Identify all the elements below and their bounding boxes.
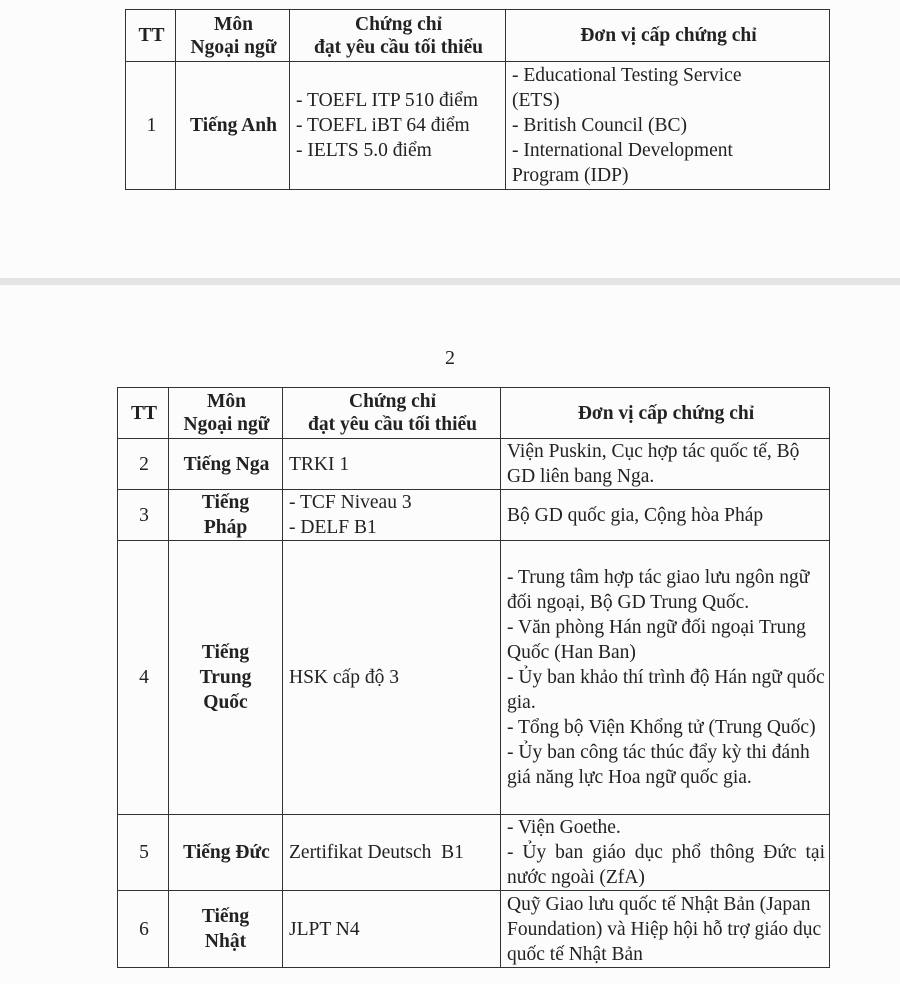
header-certificate: Chứng chỉ đạt yêu cầu tối thiểu [283,388,501,439]
header-subject-line2: Ngoại ngữ [175,413,278,436]
row-certificates: - TOEFL ITP 510 điểm - TOEFL iBT 64 điểm… [290,62,506,190]
table-header-row: TT Môn Ngoại ngữ Chứng chỉ đạt yêu cầu t… [126,10,830,62]
header-subject-line1: Môn [182,13,285,36]
header-tt-label: TT [131,403,157,424]
header-issuer-label: Đơn vị cấp chứng chỉ [580,25,756,46]
certificate-item: - TOEFL ITP 510 điểm [296,88,501,113]
header-tt: TT [118,388,169,439]
header-subject: Môn Ngoại ngữ [169,388,283,439]
page-2: 2 TT Môn Ngoại ngữ Chứng chỉ đạt yêu cầu… [0,285,900,984]
row-number: 5 [118,815,169,891]
issuer-item: Bộ GD quốc gia, Cộng hòa Pháp [507,503,825,528]
row-issuers: - Educational Testing Service (ETS) - Br… [506,62,830,190]
row-issuers: Viện Puskin, Cục hợp tác quốc tế, Bộ GD … [501,439,830,490]
row-number: 3 [118,490,169,541]
certificate-item: - IELTS 5.0 điểm [296,138,501,163]
table-row: 1 Tiếng Anh - TOEFL ITP 510 điểm - TOEFL… [126,62,830,190]
header-cert-line1: Chứng chỉ [289,390,496,413]
certificate-item: HSK cấp độ 3 [289,665,496,690]
header-issuer-label: Đơn vị cấp chứng chỉ [578,403,754,424]
header-tt: TT [126,10,176,62]
row-language: Tiếng Trung Quốc [169,541,283,815]
page-number: 2 [0,347,900,370]
row-language-label: Tiếng Trung Quốc [191,640,260,715]
certificate-item: - DELF B1 [289,515,496,540]
issuer-item: - Ủy ban giáo dục phổ thông Đức tại nước… [507,840,825,890]
certificate-item: - TCF Niveau 3 [289,490,496,515]
row-certificates: - TCF Niveau 3 - DELF B1 [283,490,501,541]
page-1-fragment: TT Môn Ngoại ngữ Chứng chỉ đạt yêu cầu t… [0,0,900,278]
header-cert-line2: đạt yêu cầu tối thiểu [289,413,496,436]
issuer-item: - Viện Goethe. [507,815,825,840]
issuer-item: - Văn phòng Hán ngữ đối ngoại Trung Quốc… [507,615,825,665]
row-language-label: Tiếng Nhật [191,904,260,954]
issuer-item: Quỹ Giao lưu quốc tế Nhật Bản (Japan Fou… [507,892,825,967]
row-certificates: TRKI 1 [283,439,501,490]
row-number: 2 [118,439,169,490]
table-row: 2 Tiếng Nga TRKI 1 Viện Puskin, Cục hợp … [118,439,830,490]
issuer-item: Viện Puskin, Cục hợp tác quốc tế, Bộ GD … [507,439,825,489]
row-certificates: HSK cấp độ 3 [283,541,501,815]
header-issuer: Đơn vị cấp chứng chỉ [501,388,830,439]
row-number: 6 [118,891,169,968]
header-subject-line2: Ngoại ngữ [182,36,285,59]
header-subject-line1: Môn [175,390,278,413]
row-language: Tiếng Đức [169,815,283,891]
row-issuers: Bộ GD quốc gia, Cộng hòa Pháp [501,490,830,541]
page-separator [0,278,900,285]
issuer-item: - Educational Testing Service (ETS) [512,63,789,113]
row-language: Tiếng Nga [169,439,283,490]
row-certificates: Zertifikat Deutsch B1 [283,815,501,891]
row-language: Tiếng Pháp [169,490,283,541]
certificate-item: Zertifikat Deutsch B1 [289,840,496,865]
issuer-item: - British Council (BC) [512,113,789,138]
issuer-item: - Ủy ban khảo thí trình độ Hán ngữ quốc … [507,665,825,715]
table-row: 5 Tiếng Đức Zertifikat Deutsch B1 - Viện… [118,815,830,891]
header-cert-line2: đạt yêu cầu tối thiểu [296,36,501,59]
issuer-item: - Ủy ban công tác thúc đẩy kỳ thi đánh g… [507,740,825,790]
row-issuers: Quỹ Giao lưu quốc tế Nhật Bản (Japan Fou… [501,891,830,968]
issuer-item: - Tổng bộ Viện Khổng tử (Trung Quốc) [507,715,825,740]
certificate-item: - TOEFL iBT 64 điểm [296,113,501,138]
table-row: 3 Tiếng Pháp - TCF Niveau 3 - DELF B1 Bộ… [118,490,830,541]
row-number: 4 [118,541,169,815]
header-certificate: Chứng chỉ đạt yêu cầu tối thiểu [290,10,506,62]
row-language: Tiếng Anh [176,62,290,190]
issuer-item: - International Development Program (IDP… [512,138,789,188]
row-issuers: - Viện Goethe. - Ủy ban giáo dục phổ thô… [501,815,830,891]
certificate-item: JLPT N4 [289,917,496,942]
row-language: Tiếng Nhật [169,891,283,968]
row-certificates: JLPT N4 [283,891,501,968]
certificate-item: TRKI 1 [289,452,496,477]
certificate-table-page-1: TT Môn Ngoại ngữ Chứng chỉ đạt yêu cầu t… [125,9,830,190]
table-row: 6 Tiếng Nhật JLPT N4 Quỹ Giao lưu quốc t… [118,891,830,968]
issuer-item: - Trung tâm hợp tác giao lưu ngôn ngữ đố… [507,565,825,615]
row-issuers: - Trung tâm hợp tác giao lưu ngôn ngữ đố… [501,541,830,815]
certificate-table-page-2: TT Môn Ngoại ngữ Chứng chỉ đạt yêu cầu t… [117,387,830,968]
header-cert-line1: Chứng chỉ [296,13,501,36]
table-row: 4 Tiếng Trung Quốc HSK cấp độ 3 - Trung … [118,541,830,815]
row-language-label: Tiếng Pháp [187,490,264,540]
header-subject: Môn Ngoại ngữ [176,10,290,62]
header-issuer: Đơn vị cấp chứng chỉ [506,10,830,62]
table-header-row: TT Môn Ngoại ngữ Chứng chỉ đạt yêu cầu t… [118,388,830,439]
header-tt-label: TT [138,25,164,46]
row-number: 1 [126,62,176,190]
